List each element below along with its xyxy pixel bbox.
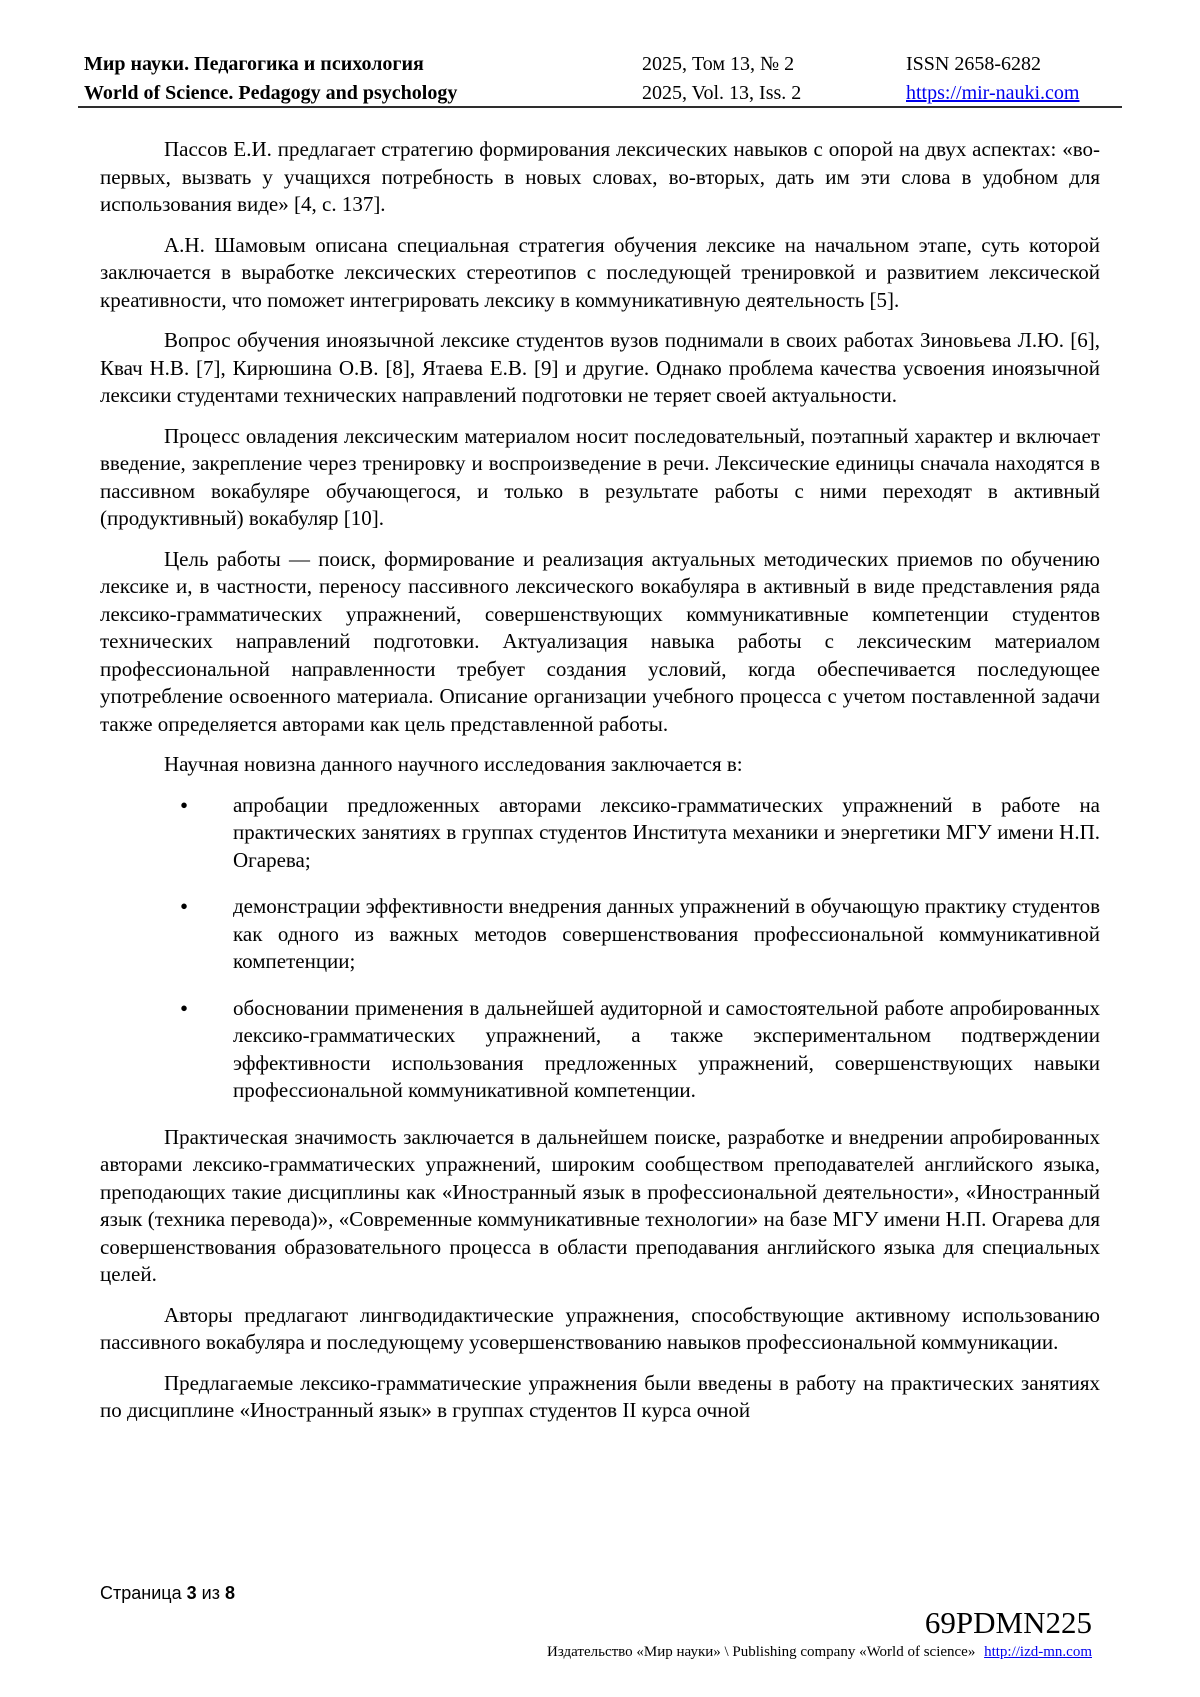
novelty-bullet-list: апробации предложенных авторами лексико-… xyxy=(100,792,1100,1105)
paragraph: Практическая значимость заключается в да… xyxy=(100,1124,1100,1289)
page-number-indicator: Страница 3 из 8 xyxy=(100,1583,235,1604)
paragraph: Процесс овладения лексическим материалом… xyxy=(100,423,1100,533)
issn-label: ISSN 2658-6282 xyxy=(906,50,1079,79)
bullet-item: обосновании применения в дальнейшей ауди… xyxy=(100,995,1100,1105)
document-page: Мир науки. Педагогика и психология World… xyxy=(0,0,1200,1697)
paragraph: Авторы предлагают лингводидактические уп… xyxy=(100,1302,1100,1357)
publisher-text: Издательство «Мир науки» \ Publishing co… xyxy=(547,1644,975,1660)
article-code: 69PDMN225 xyxy=(925,1606,1092,1640)
issue-info-en: 2025, Vol. 13, Iss. 2 xyxy=(642,79,801,108)
header-divider xyxy=(78,106,1122,108)
paragraph: Вопрос обучения иноязычной лексике студе… xyxy=(100,327,1100,410)
article-body: Пассов Е.И. предлагает стратегию формиро… xyxy=(100,136,1100,1438)
page-word: Страница xyxy=(100,1583,182,1603)
of-word: из xyxy=(202,1583,220,1603)
journal-title-block: Мир науки. Педагогика и психология World… xyxy=(84,50,457,108)
total-page-number: 8 xyxy=(225,1583,235,1603)
bullet-item: апробации предложенных авторами лексико-… xyxy=(100,792,1100,875)
publisher-site-link[interactable]: http://izd-mn.com xyxy=(984,1644,1092,1660)
issue-info-block: 2025, Том 13, № 2 2025, Vol. 13, Iss. 2 xyxy=(642,50,801,108)
paragraph-novelty-lead: Научная новизна данного научного исследо… xyxy=(100,751,1100,779)
bullet-item: демонстрации эффективности внедрения дан… xyxy=(100,893,1100,976)
publisher-line: Издательство «Мир науки» \ Publishing co… xyxy=(547,1643,1092,1661)
issn-block: ISSN 2658-6282 https://mir-nauki.com xyxy=(906,50,1079,108)
paragraph: А.Н. Шамовым описана специальная стратег… xyxy=(100,232,1100,315)
current-page-number: 3 xyxy=(187,1583,197,1603)
journal-site-link[interactable]: https://mir-nauki.com xyxy=(906,82,1079,104)
paragraph: Предлагаемые лексико-грамматические упра… xyxy=(100,1370,1100,1425)
journal-title-en: World of Science. Pedagogy and psycholog… xyxy=(84,79,457,108)
issue-info-ru: 2025, Том 13, № 2 xyxy=(642,50,801,79)
paragraph: Пассов Е.И. предлагает стратегию формиро… xyxy=(100,136,1100,219)
journal-title-ru: Мир науки. Педагогика и психология xyxy=(84,50,457,79)
paragraph: Цель работы — поиск, формирование и реал… xyxy=(100,546,1100,739)
